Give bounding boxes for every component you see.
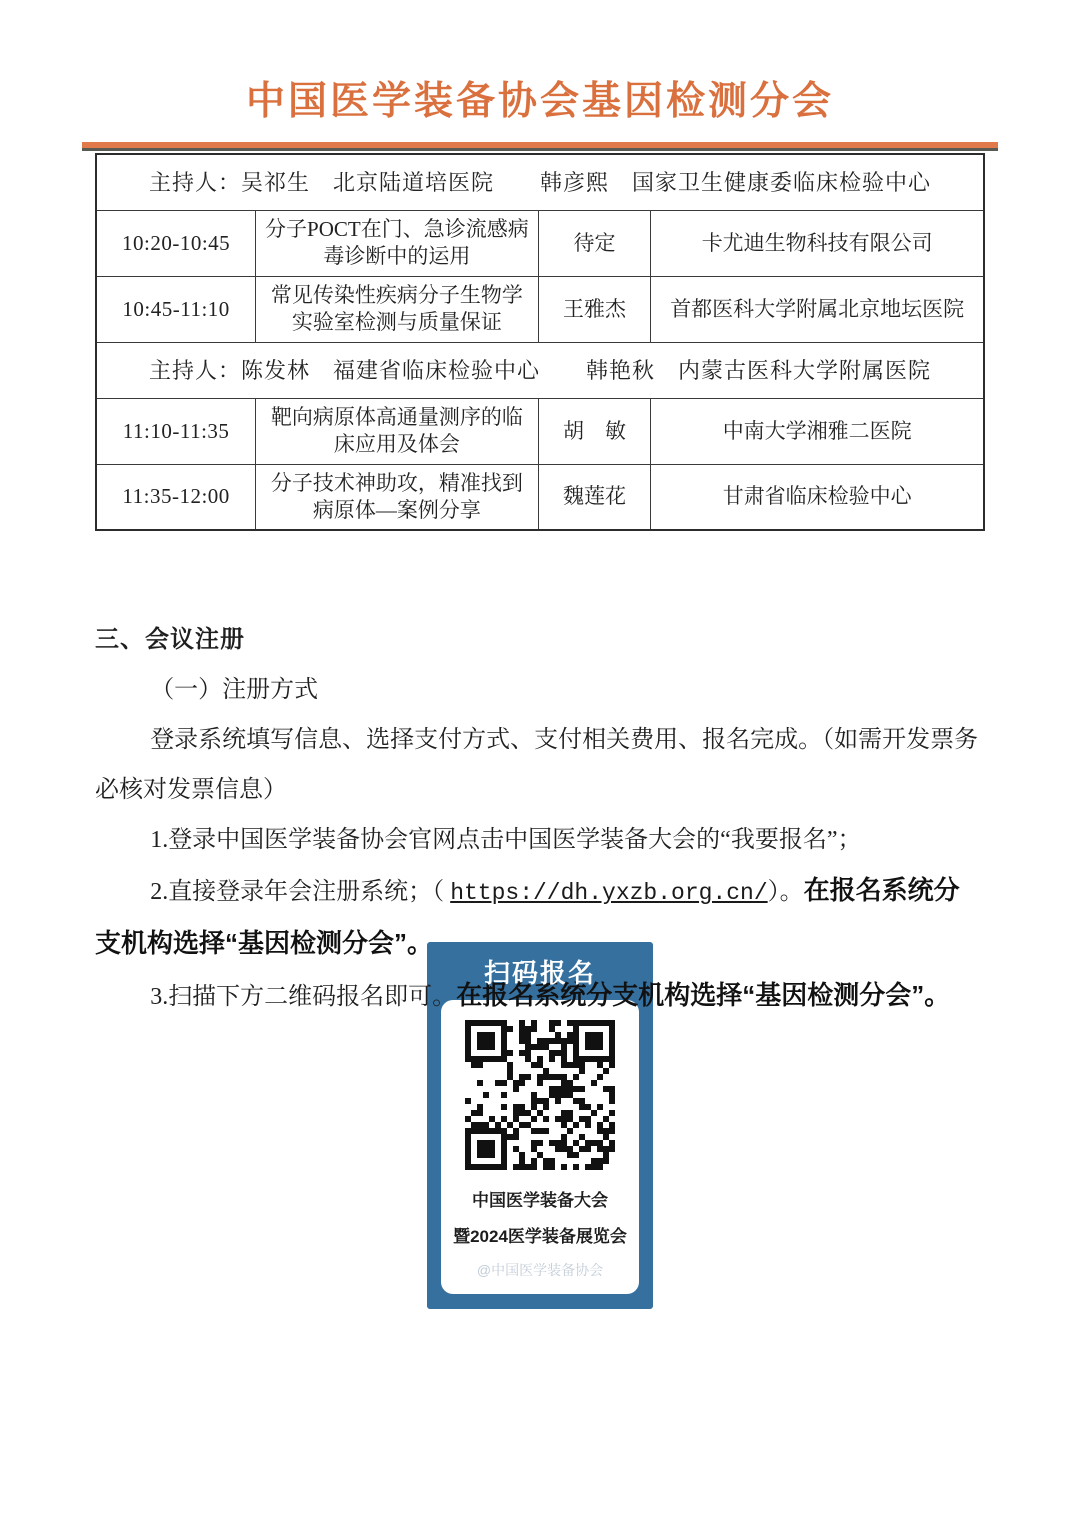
table-row: 10:20-10:45 分子POCT在门、急诊流感病毒诊断中的运用 待定 卡尤迪… — [96, 210, 984, 276]
qr-inner-card: 中国医学装备大会 暨2024医学装备展览会 @中国医学装备协会 — [441, 1000, 639, 1294]
chair-cell: 主持人：吴祁生 北京陆道培医院 韩彦熙 国家卫生健康委临床检验中心 — [96, 154, 984, 210]
registration-intro: 登录系统填写信息、选择支付方式、支付相关费用、报名完成。（如需开发票务必核对发票… — [95, 715, 985, 815]
document-page: 中国医学装备协会基因检测分会 主持人：吴祁生 北京陆道培医院 韩彦熙 国家卫生健… — [0, 0, 1080, 1527]
qr-watermark: @中国医学装备协会 — [451, 1260, 629, 1280]
qr-caption-line1: 中国医学装备大会 — [451, 1186, 629, 1211]
qr-caption-line2: 暨2024医学装备展览会 — [451, 1222, 629, 1247]
subsection-heading: （一）注册方式 — [95, 665, 985, 715]
title-divider — [82, 142, 998, 151]
speaker-cell: 王雅杰 — [538, 276, 651, 342]
topic-cell: 靶向病原体高通量测序的临床应用及体会 — [256, 398, 538, 464]
topic-cell: 常见传染性疾病分子生物学实验室检测与质量保证 — [256, 276, 538, 342]
speaker-cell: 胡 敏 — [538, 398, 651, 464]
table-row: 主持人：陈发林 福建省临床检验中心 韩艳秋 内蒙古医科大学附属医院 — [96, 342, 984, 398]
table-row: 11:10-11:35 靶向病原体高通量测序的临床应用及体会 胡 敏 中南大学湘… — [96, 398, 984, 464]
topic-cell: 分子POCT在门、急诊流感病毒诊断中的运用 — [256, 210, 538, 276]
time-cell: 11:10-11:35 — [96, 398, 256, 464]
time-cell: 10:20-10:45 — [96, 210, 256, 276]
time-cell: 11:35-12:00 — [96, 464, 256, 530]
schedule-table: 主持人：吴祁生 北京陆道培医院 韩彦熙 国家卫生健康委临床检验中心 10:20-… — [95, 153, 985, 531]
step3-prefix-text: 3.扫描下方二维码报名即可。 — [150, 984, 456, 1010]
affiliation-cell: 中南大学湘雅二医院 — [651, 398, 984, 464]
affiliation-cell: 甘肃省临床检验中心 — [651, 464, 984, 530]
section-heading: 三、会议注册 — [95, 615, 985, 665]
registration-url-link[interactable]: https://dh.yxzb.org.cn/ — [450, 880, 767, 906]
topic-cell: 分子技术神助攻，精准找到病原体—案例分享 — [256, 464, 538, 530]
speaker-cell: 魏莲花 — [538, 464, 651, 530]
step2-suffix-text: ）。 — [768, 879, 804, 905]
registration-step-1: 1.登录中国医学装备协会官网点击中国医学装备大会的“我要报名”； — [95, 815, 985, 865]
step2-prefix-text: 2.直接登录年会注册系统；（ — [150, 879, 450, 905]
time-cell: 10:45-11:10 — [96, 276, 256, 342]
table-row: 11:35-12:00 分子技术神助攻，精准找到病原体—案例分享 魏莲花 甘肃省… — [96, 464, 984, 530]
speaker-cell: 待定 — [538, 210, 651, 276]
page-title: 中国医学装备协会基因检测分会 — [0, 0, 1080, 126]
affiliation-cell: 卡尤迪生物科技有限公司 — [651, 210, 984, 276]
table-row: 10:45-11:10 常见传染性疾病分子生物学实验室检测与质量保证 王雅杰 首… — [96, 276, 984, 342]
chair-cell: 主持人：陈发林 福建省临床检验中心 韩艳秋 内蒙古医科大学附属医院 — [96, 342, 984, 398]
qr-code — [465, 1020, 615, 1170]
affiliation-cell: 首都医科大学附属北京地坛医院 — [651, 276, 984, 342]
table-row: 主持人：吴祁生 北京陆道培医院 韩彦熙 国家卫生健康委临床检验中心 — [96, 154, 984, 210]
